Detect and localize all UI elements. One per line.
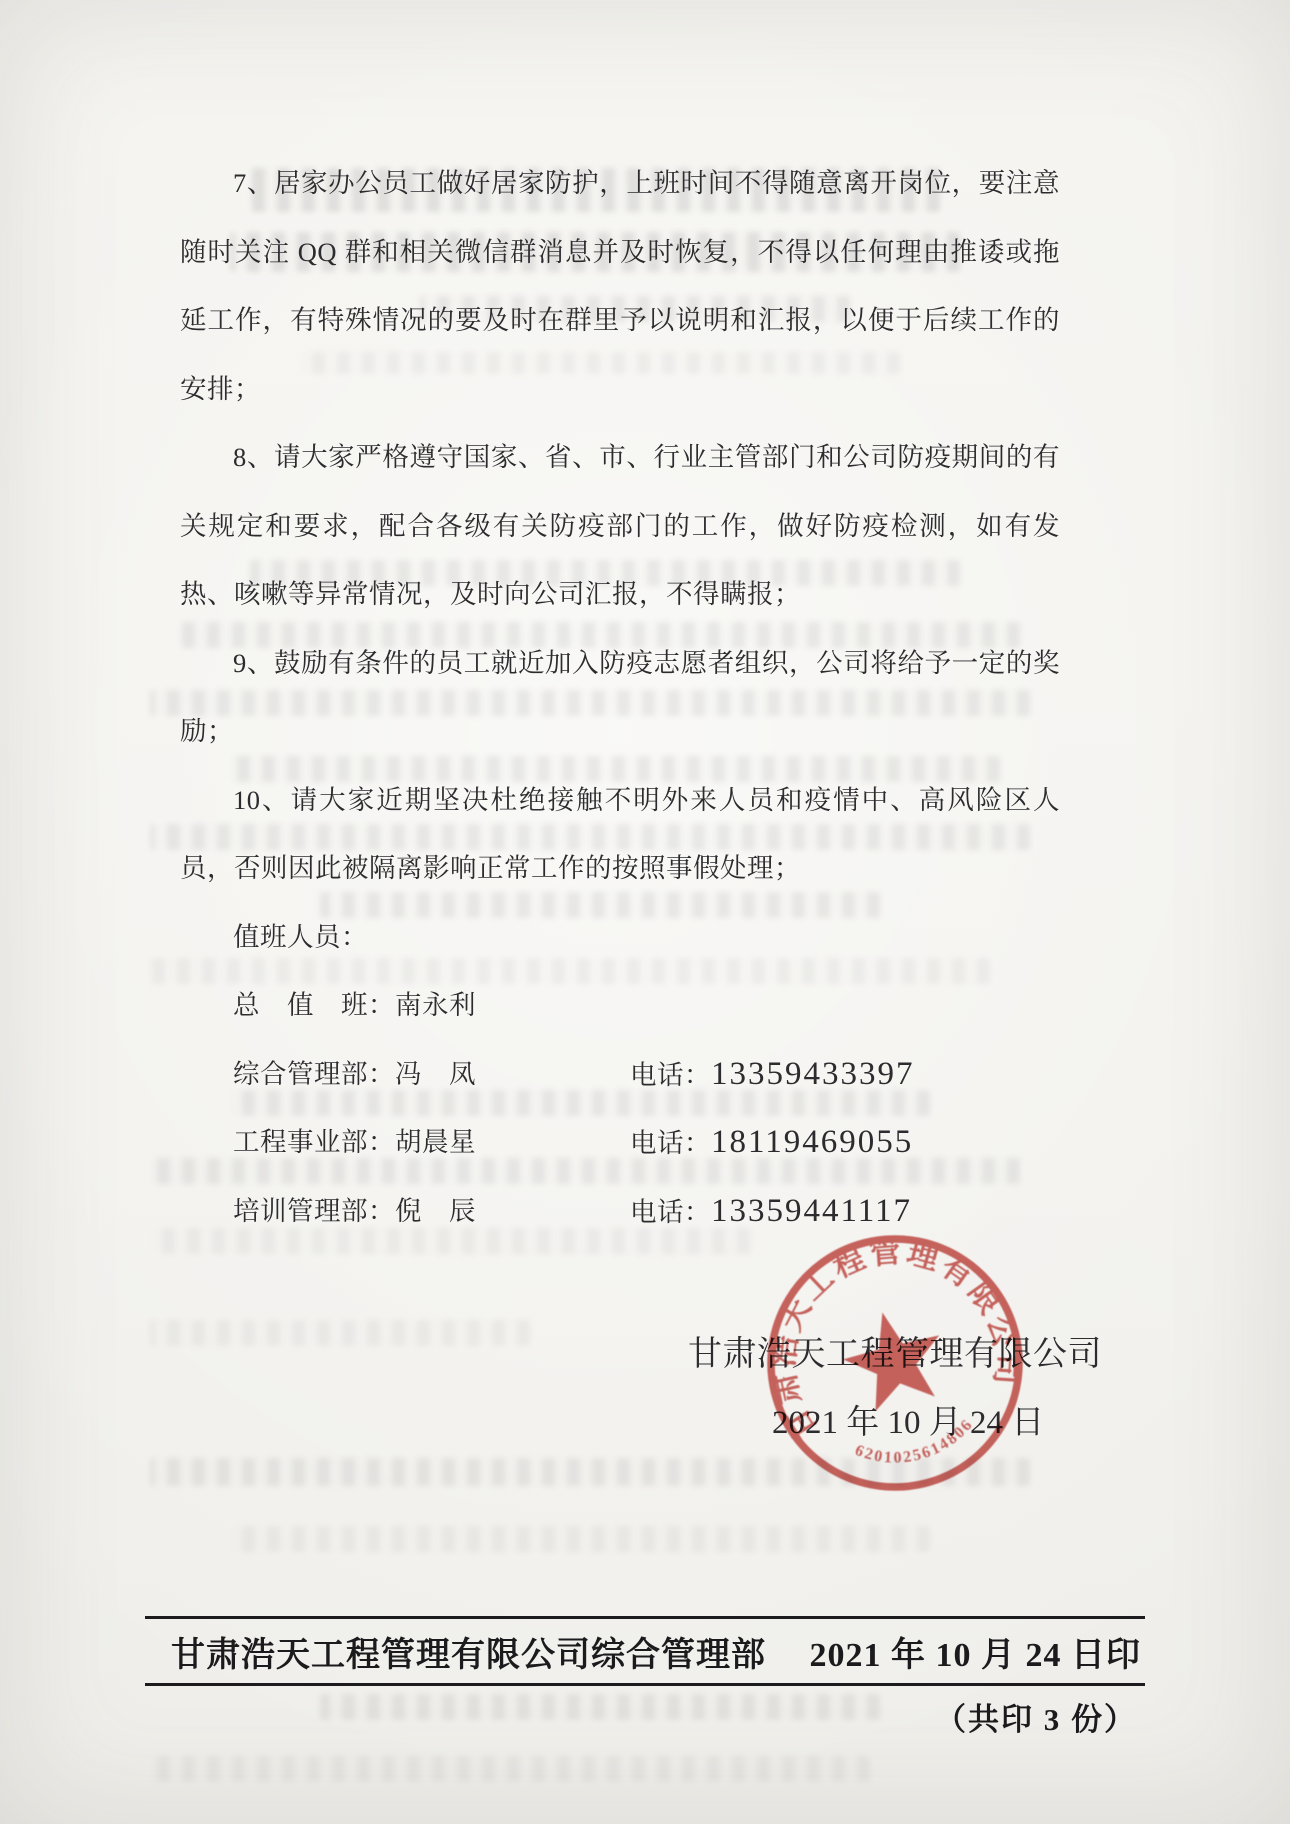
phone-number: 13359441117 — [711, 1193, 912, 1229]
contact-phone: 电话：13359433397 — [630, 1040, 915, 1110]
contact-dept: 工程事业部： — [233, 1127, 395, 1157]
phone-label: 电话： — [630, 1060, 711, 1090]
document-body: 7、居家办公员工做好居家防护，上班时间不得随意离开岗位，要注意随时关注 QQ 群… — [180, 149, 1060, 1245]
contact-dept: 综合管理部： — [233, 1059, 395, 1089]
phone-number: 18119469055 — [711, 1124, 913, 1160]
duty-roster-header: 值班人员： — [180, 903, 1060, 972]
colophon-copies-count: （共印 3 份） — [145, 1694, 1145, 1739]
bleed-through-artifact — [150, 1458, 1030, 1486]
bleed-through-artifact — [150, 1320, 530, 1346]
colophon: 甘肃浩天工程管理有限公司综合管理部 2021 年 10 月 24 日印 （共印 … — [145, 1616, 1145, 1739]
paragraph-item-7: 7、居家办公员工做好居家防护，上班时间不得随意离开岗位，要注意随时关注 QQ 群… — [180, 149, 1060, 423]
paragraph-item-10: 10、请大家近期坚决杜绝接触不明外来人员和疫情中、高风险区人员，否则因此被隔离影… — [180, 766, 1060, 903]
contact-name: 胡晨星 — [395, 1127, 476, 1157]
duty-chief-line: 总 值 班：南永利 — [180, 971, 1060, 1040]
phone-label: 电话： — [630, 1128, 711, 1158]
signature-date: 2021 年 10 月 24 日 — [772, 1396, 1072, 1443]
contact-dept: 培训管理部： — [233, 1196, 395, 1226]
contact-phone: 电话：13359441117 — [630, 1177, 912, 1247]
contact-name: 冯 凤 — [395, 1059, 476, 1089]
paragraph-item-8: 8、请大家严格遵守国家、省、市、行业主管部门和公司防疫期间的有关规定和要求，配合… — [180, 423, 1060, 629]
duty-chief-label: 总 值 班： — [233, 990, 395, 1020]
colophon-print-date: 2021 年 10 月 24 日印 — [810, 1627, 1142, 1676]
contact-phone: 电话：18119469055 — [630, 1108, 913, 1178]
phone-label: 电话： — [630, 1197, 711, 1227]
paragraph-item-9: 9、鼓励有条件的员工就近加入防疫志愿者组织，公司将给予一定的奖励； — [180, 629, 1060, 766]
colophon-rule-line: 甘肃浩天工程管理有限公司综合管理部 2021 年 10 月 24 日印 — [145, 1616, 1145, 1686]
scanned-document-page: 7、居家办公员工做好居家防护，上班时间不得随意离开岗位，要注意随时关注 QQ 群… — [0, 0, 1290, 1824]
contact-name: 倪 辰 — [395, 1196, 476, 1226]
colophon-issuer: 甘肃浩天工程管理有限公司综合管理部 — [171, 1627, 766, 1676]
contact-row: 工程事业部：胡晨星 电话：18119469055 — [180, 1108, 1060, 1177]
bleed-through-artifact — [150, 1756, 870, 1782]
duty-chief-name: 南永利 — [395, 990, 476, 1020]
phone-number: 13359433397 — [711, 1056, 915, 1092]
bleed-through-artifact — [230, 1526, 930, 1552]
contact-row: 培训管理部：倪 辰 电话：13359441117 — [180, 1177, 1060, 1246]
signature-company-name: 甘肃浩天工程管理有限公司 — [688, 1326, 1108, 1375]
contact-row: 综合管理部：冯 凤 电话：13359433397 — [180, 1040, 1060, 1109]
